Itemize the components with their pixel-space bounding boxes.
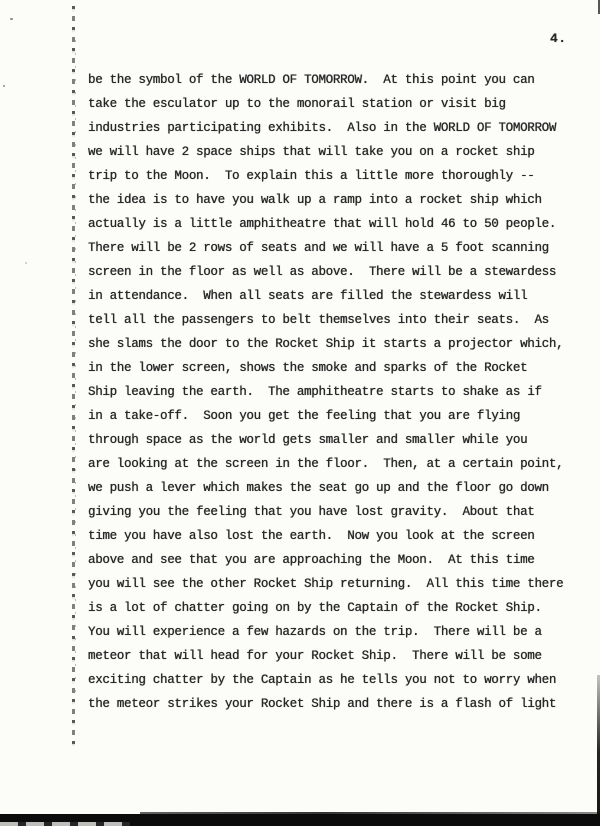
text-line: in attendance. When all seats are filled… (88, 284, 588, 308)
text-line: industries participating exhibits. Also … (88, 116, 588, 140)
text-line: Ship leaving the earth. The amphitheatre… (88, 380, 588, 404)
text-line: in the lower screen, shows the smoke and… (88, 356, 588, 380)
text-line: meteor that will head for your Rocket Sh… (88, 644, 588, 668)
text-line: giving you the feeling that you have los… (88, 500, 588, 524)
text-line: we push a lever which makes the seat go … (88, 476, 588, 500)
text-line: through space as the world gets smaller … (88, 428, 588, 452)
text-line: take the esculator up to the monorail st… (88, 92, 588, 116)
text-line: You will experience a few hazards on the… (88, 620, 588, 644)
text-line: you will see the other Rocket Ship retur… (88, 572, 588, 596)
binding-perforation-line-faint (75, 40, 77, 700)
scan-edge-bottom-notch (0, 822, 130, 826)
scan-speck (10, 18, 13, 20)
text-line: above and see that you are approaching t… (88, 548, 588, 572)
text-line: screen in the floor as well as above. Th… (88, 260, 588, 284)
text-line: in a take-off. Soon you get the feeling … (88, 404, 588, 428)
document-page: 4. be the symbol of the WORLD OF TOMORRO… (0, 0, 600, 826)
text-line: the meteor strikes your Rocket Ship and … (88, 692, 588, 716)
text-line: tell all the passengers to belt themselv… (88, 308, 588, 332)
document-body: be the symbol of the WORLD OF TOMORROW. … (88, 68, 588, 716)
text-line: are looking at the screen in the floor. … (88, 452, 588, 476)
text-line: actually is a little amphitheatre that w… (88, 212, 588, 236)
text-line: time you have also lost the earth. Now y… (88, 524, 588, 548)
text-line: There will be 2 rows of seats and we wil… (88, 236, 588, 260)
text-line: she slams the door to the Rocket Ship it… (88, 332, 588, 356)
scan-speck (25, 262, 27, 264)
text-line: trip to the Moon. To explain this a litt… (88, 164, 588, 188)
text-line: the idea is to have you walk up a ramp i… (88, 188, 588, 212)
text-line: exciting chatter by the Captain as he te… (88, 668, 588, 692)
text-line: be the symbol of the WORLD OF TOMORROW. … (88, 68, 588, 92)
scan-speck (3, 85, 5, 87)
text-line: is a lot of chatter going on by the Capt… (88, 596, 588, 620)
page-number: 4. (550, 27, 567, 51)
text-line: we will have 2 space ships that will tak… (88, 140, 588, 164)
